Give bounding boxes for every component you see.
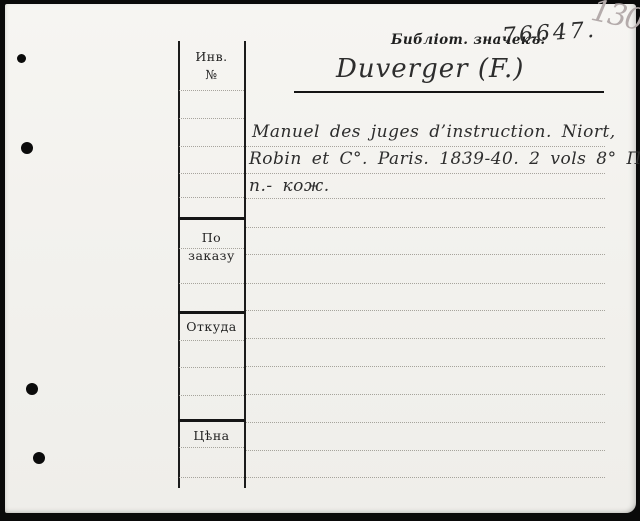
field-label-inventory-number: Инв. № — [178, 48, 245, 84]
section-divider — [178, 217, 245, 220]
punch-hole — [26, 383, 38, 395]
ruled-line — [179, 395, 244, 396]
field-label-by-order: По заказу — [178, 229, 245, 265]
catalog-card-scan: Инв. № По заказу Откуда Цѣна Библіот. зн… — [0, 0, 640, 521]
ruled-line — [179, 283, 244, 284]
ruled-line — [246, 422, 605, 423]
ruled-line — [179, 367, 244, 368]
ruled-line — [246, 254, 605, 255]
entry-line: Manuel des juges d’instruction. Niort, — [252, 122, 616, 142]
entry-line: п.- кож. — [249, 176, 330, 196]
ruled-line — [246, 366, 605, 367]
ruled-line — [246, 394, 605, 395]
ruled-line — [246, 227, 605, 228]
ruled-line — [246, 310, 605, 311]
section-divider — [178, 311, 245, 314]
ruled-line — [246, 173, 605, 174]
ruled-line — [179, 146, 244, 147]
ruled-line — [246, 477, 605, 478]
author-heading: Duverger (F.) — [336, 54, 524, 84]
card-paper — [5, 4, 636, 513]
heading-underline — [294, 91, 604, 93]
ruled-line — [179, 118, 244, 119]
ruled-line — [246, 338, 605, 339]
ruled-line — [179, 477, 244, 478]
ruled-line — [179, 197, 244, 198]
ruled-line — [246, 450, 605, 451]
ruled-line — [179, 90, 244, 91]
punch-hole — [33, 452, 45, 464]
ruled-line — [246, 198, 605, 199]
field-label-price: Цѣна — [178, 427, 245, 445]
punch-hole — [17, 54, 26, 63]
ruled-line — [246, 283, 605, 284]
entry-line: Robin et C°. Paris. 1839-40. 2 vols 8° П… — [249, 149, 640, 169]
section-divider — [178, 419, 245, 422]
ruled-line — [179, 173, 244, 174]
ruled-line — [246, 146, 605, 147]
ruled-line — [179, 447, 244, 448]
field-label-origin: Откуда — [178, 318, 245, 336]
punch-hole — [21, 142, 33, 154]
ruled-line — [179, 340, 244, 341]
